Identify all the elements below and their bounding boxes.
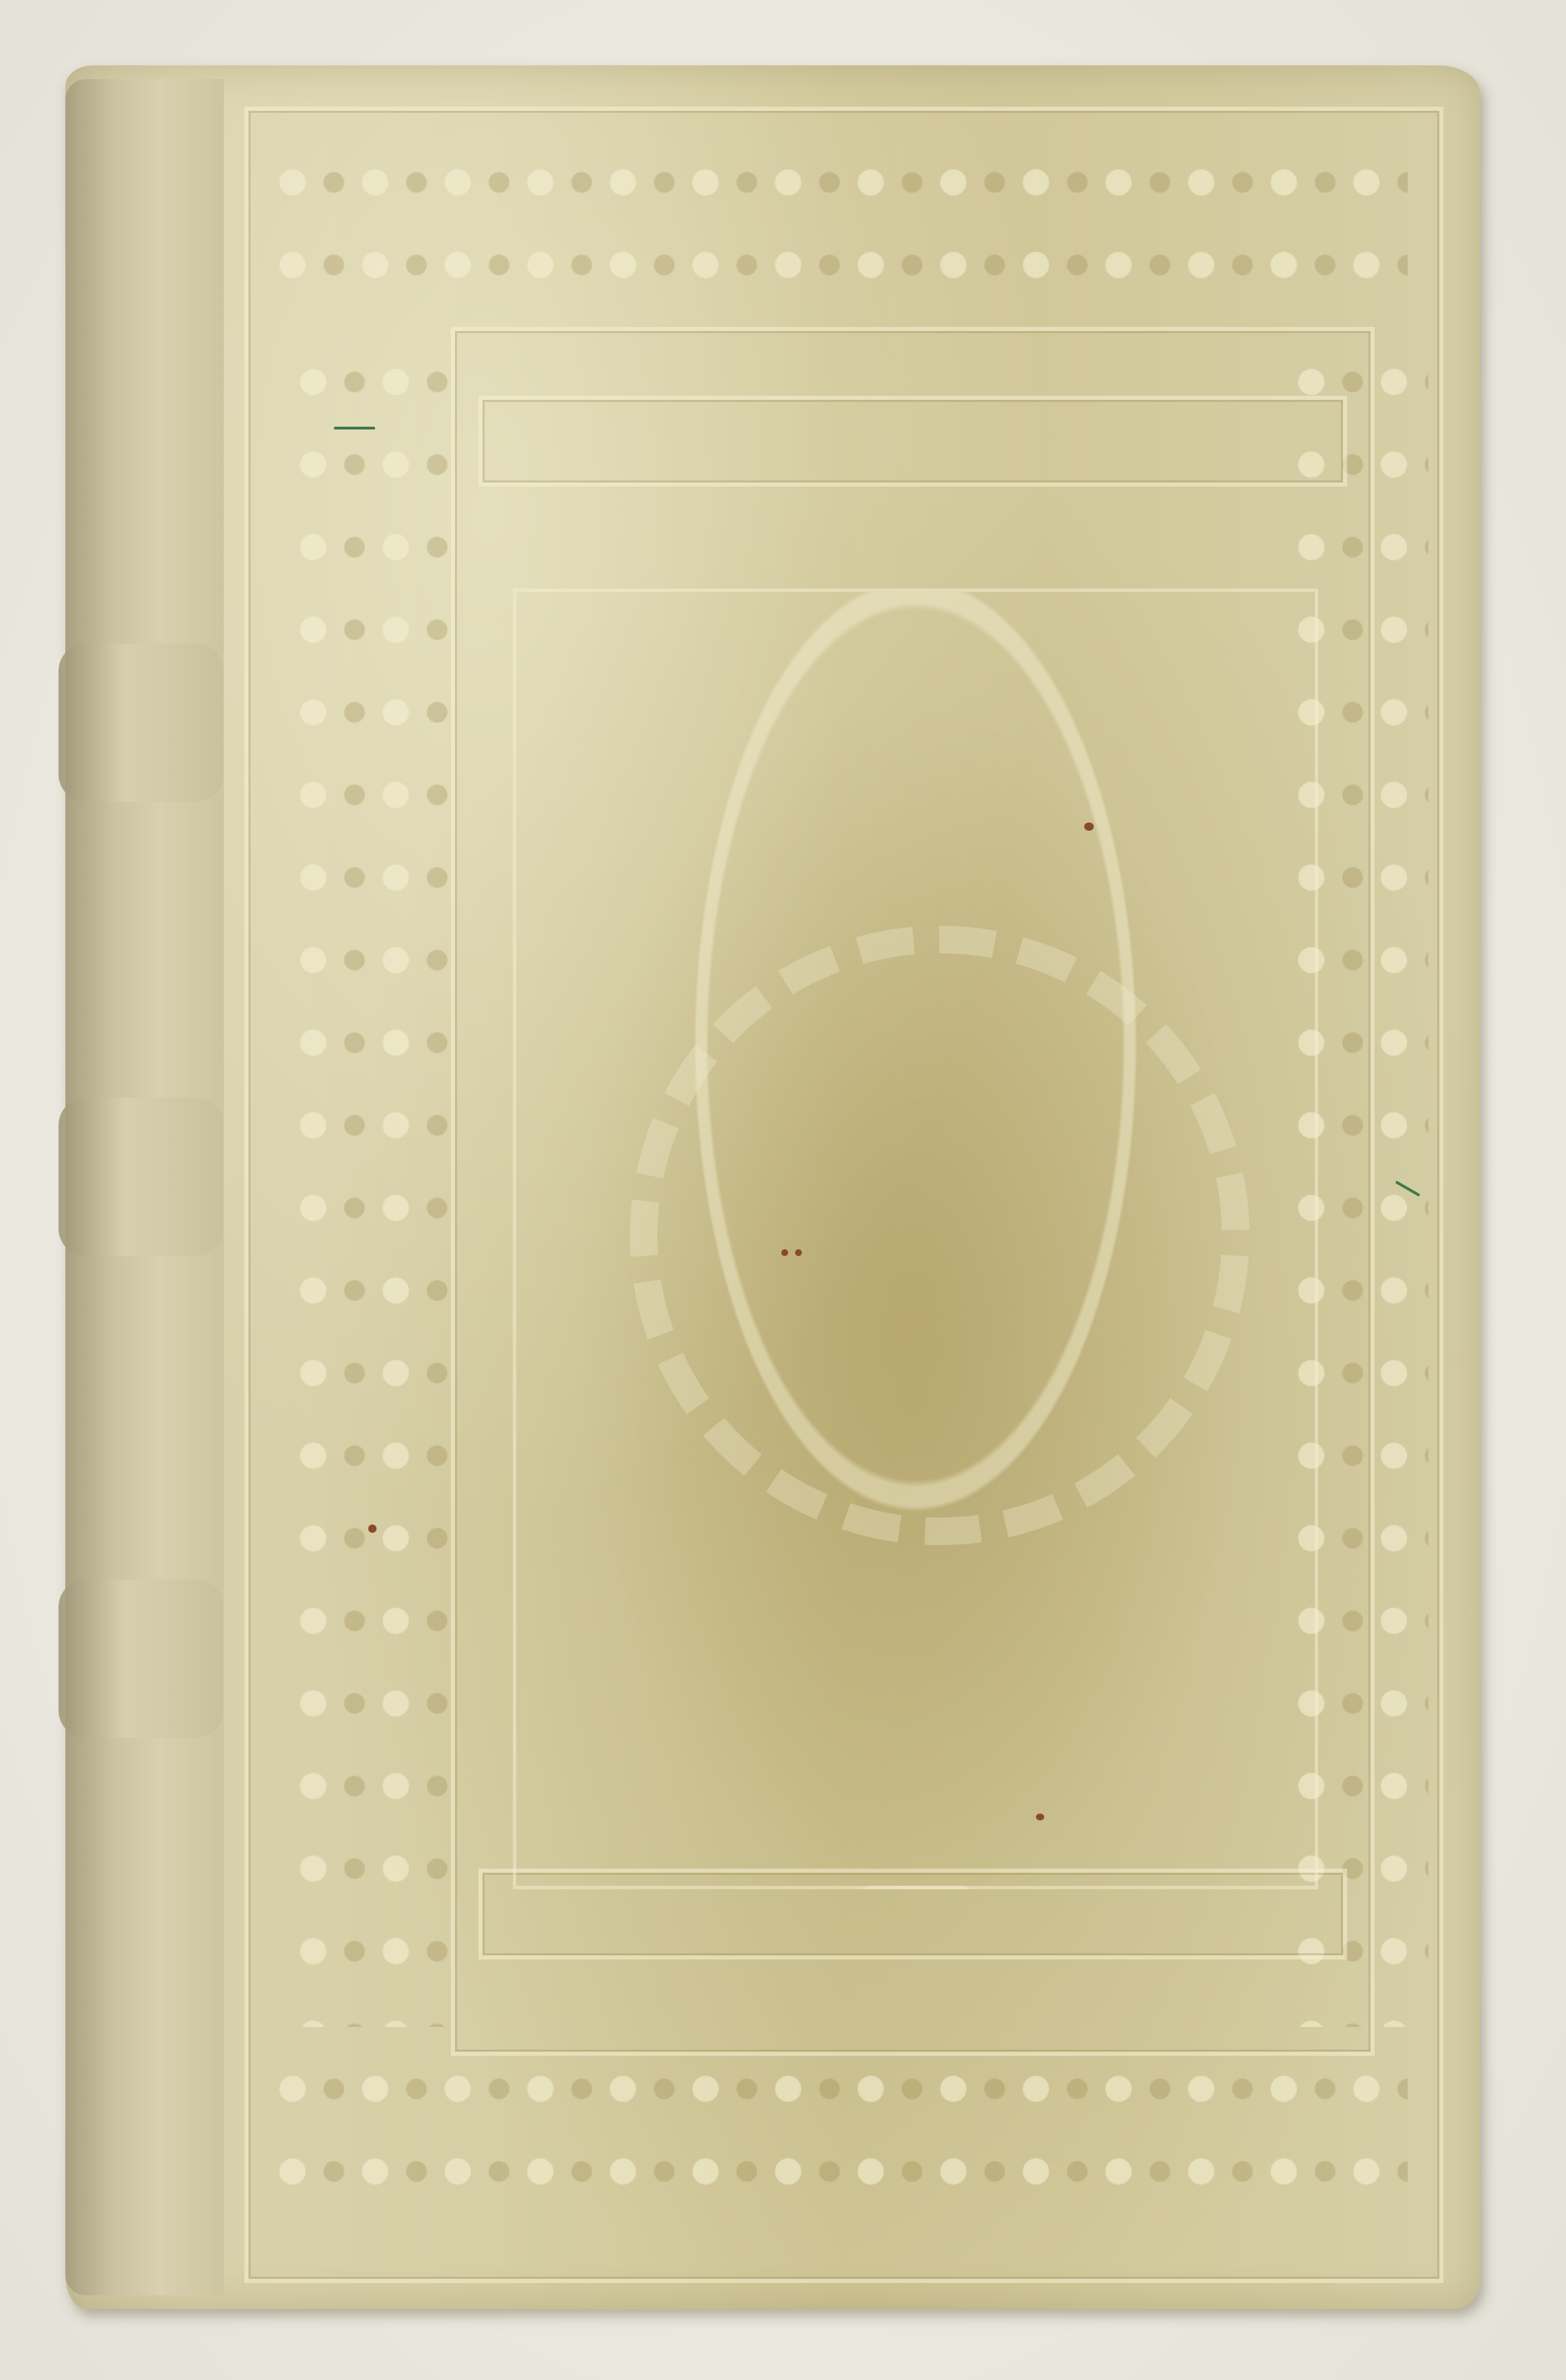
stain-spot [1036,1814,1044,1820]
spine-raised-band [59,1580,224,1738]
bottom-ornamental-border [272,2048,1408,2240]
spine-raised-band [59,1098,224,1256]
left-ornamental-border [293,341,465,2027]
book-spine [65,79,224,2295]
stain-spot [795,1249,802,1256]
stain-spot [368,1524,377,1533]
stain-spot [781,1249,788,1256]
top-ornamental-border [272,141,1408,334]
stain-spot [1084,822,1094,831]
spine-raised-band [59,644,224,802]
book-cover [65,65,1480,2309]
central-arch-ornament [630,926,1249,1545]
upper-rule-panel [478,396,1347,487]
green-mark [334,427,375,429]
